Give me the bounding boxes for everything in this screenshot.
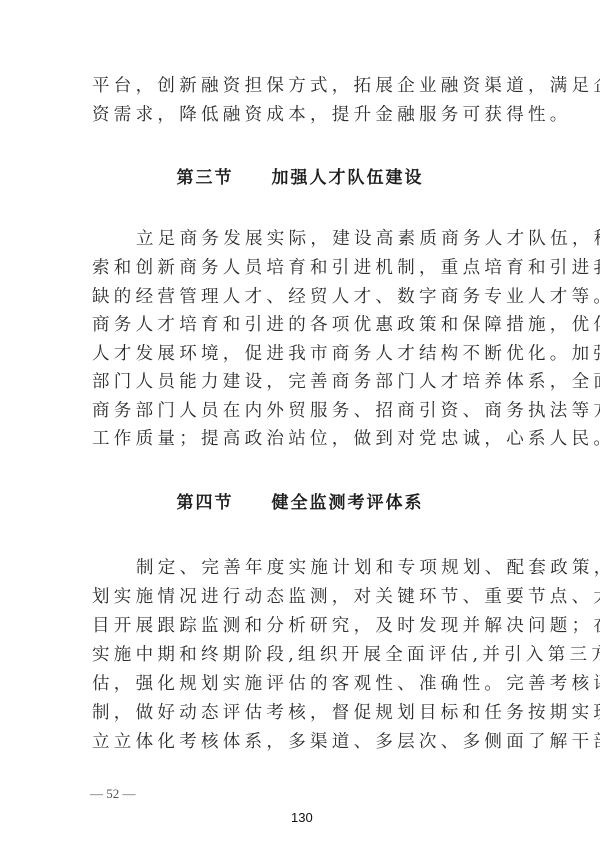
paragraph-line: 划实施情况进行动态监测，对关键环节、重要节点、大型项: [92, 587, 512, 607]
paragraph-line: 立立体化考核体系，多渠道、多层次、多侧面了解干部，坚: [92, 732, 512, 752]
paragraph-line: 立足商务发展实际，建设高素质商务人才队伍，积极探: [136, 229, 556, 249]
paragraph-line: 目开展跟踪监测和分析研究，及时发现并解决问题；在规划: [92, 616, 512, 636]
paragraph-line: 制，做好动态评估考核，督促规划目标和任务按期实现。建: [92, 703, 512, 723]
paragraph-line: 商务部门人员在内外贸服务、招商引资、商务执法等方面的: [92, 401, 512, 421]
paragraph-line: 人才发展环境，促进我市商务人才结构不断优化。加强商务: [92, 344, 512, 364]
paragraph-line: 实施中期和终期阶段,组织开展全面评估,并引入第三方评: [92, 645, 512, 665]
page-number: 130: [291, 810, 313, 825]
paragraph-line: 索和创新商务人员培育和引进机制，重点培育和引进我市紧: [92, 258, 512, 278]
section-heading-3: 第三节 加强人才队伍建设: [0, 168, 600, 188]
paragraph-line: 平台，创新融资担保方式，拓展企业融资渠道，满足企业融: [92, 76, 512, 96]
paragraph-line: 工作质量；提高政治站位，做到对党忠诚，心系人民。: [92, 429, 512, 449]
paragraph-line: 制定、完善年度实施计划和专项规划、配套政策，对规: [136, 558, 556, 578]
paragraph-line: 资需求，降低融资成本，提升金融服务可获得性。: [92, 105, 512, 125]
paragraph-line: 估，强化规划实施评估的客观性、准确性。完善考核评价机: [92, 674, 512, 694]
paragraph-line: 部门人员能力建设，完善商务部门人才培养体系，全面提升: [92, 372, 512, 392]
paragraph-line: 商务人才培育和引进的各项优惠政策和保障措施，优化商务: [92, 315, 512, 335]
paragraph-line: 缺的经营管理人才、经贸人才、数字商务专业人才等。完善: [92, 287, 512, 307]
document-page: 平台，创新融资担保方式，拓展企业融资渠道，满足企业融 资需求，降低融资成本，提升…: [0, 0, 600, 848]
printed-page-folio: — 52 —: [90, 786, 136, 802]
section-heading-4: 第四节 健全监测考评体系: [0, 493, 600, 513]
